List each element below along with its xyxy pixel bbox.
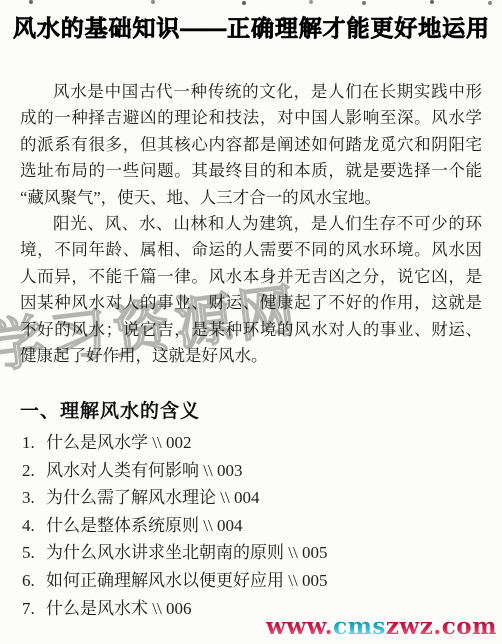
- paragraph-line: 选址布局的一些问题。其最终目的和本质，就是要选择一个能: [20, 158, 482, 184]
- toc-item-text: 为什么风水讲求坐北朝南的原则 \\ 005: [46, 543, 327, 562]
- toc-item-text: 为什么需了解风水理论 \\ 004: [46, 488, 259, 507]
- paragraph-line: 健康起了好作用，这就是好风水。: [20, 343, 482, 369]
- section-heading: 一、理解风水的含义: [20, 396, 200, 423]
- paragraph-line: 风水是中国古代一种传统的文化，是人们在长期实践中形: [20, 79, 482, 105]
- toc-item: 5.为什么风水讲求坐北朝南的原则 \\ 005: [22, 539, 327, 567]
- toc-item-text: 什么是整体系统原则 \\ 004: [46, 516, 242, 535]
- toc-item-number: 4.: [22, 512, 46, 540]
- paragraph-line: 阳光、风、水、山林和人为建筑，是人们生存不可少的环: [20, 211, 482, 237]
- paragraph-line: 因某种风水对人的事业、财运、健康起了不好的作用，这就是: [20, 290, 482, 316]
- footer-url: www.cmszwz.com: [266, 613, 497, 640]
- toc-item: 4.什么是整体系统原则 \\ 004: [22, 512, 327, 540]
- page-title: 风水的基础知识——正确理解才能更好地运用: [13, 11, 489, 45]
- body-paragraphs: 风水是中国古代一种传统的文化，是人们在长期实践中形成的一种择吉避凶的理论和技法，…: [20, 79, 482, 369]
- toc-item-text: 风水对人类有何影响 \\ 003: [46, 461, 242, 480]
- toc-item-number: 1.: [22, 429, 46, 457]
- paragraph-line: 的派系有很多，但其核心内容都是阐述如何踏龙觅穴和阴阳宅: [20, 132, 482, 158]
- toc-item-number: 2.: [22, 457, 46, 485]
- toc-item-number: 5.: [22, 539, 46, 567]
- footer-url-part-www: www.: [266, 613, 333, 640]
- paragraph-line: 不好的风水；说它吉，是某种环境的风水对人的事业、财运、: [20, 317, 482, 343]
- toc-item: 6.如何正确理解风水以便更好应用 \\ 005: [22, 567, 327, 595]
- paragraph-line: 成的一种择吉避凶的理论和技法，对中国人影响至深。风水学: [20, 105, 482, 131]
- toc-list: 1.什么是风水学 \\ 0022.风水对人类有何影响 \\ 0033.为什么需了…: [22, 429, 327, 622]
- toc-item-text: 什么是风水学 \\ 002: [46, 433, 191, 452]
- toc-item-number: 3.: [22, 484, 46, 512]
- scan-artifacts: [0, 1, 2, 3]
- footer-url-part-cms: cms: [333, 613, 386, 640]
- paragraph-line: 境，不同年龄、属相、命运的人需要不同的风水环境。风水因: [20, 237, 482, 263]
- toc-item-number: 6.: [22, 567, 46, 595]
- book-page: 风水的基础知识——正确理解才能更好地运用 学习资源网 风水是中国古代一种传统的文…: [0, 0, 502, 644]
- paragraph-line: “藏风聚气”，使天、地、人三才合一的风水宝地。: [20, 185, 482, 211]
- toc-item-number: 7.: [22, 595, 46, 623]
- toc-item-text: 如何正确理解风水以便更好应用 \\ 005: [46, 571, 327, 590]
- toc-item: 3.为什么需了解风水理论 \\ 004: [22, 484, 327, 512]
- toc-item: 1.什么是风水学 \\ 002: [22, 429, 327, 457]
- paragraph-line: 人而异，不能千篇一律。风水本身并无吉凶之分，说它凶，是: [20, 264, 482, 290]
- footer-url-part-rest: zwz.com: [386, 613, 497, 640]
- toc-item-text: 什么是风水术 \\ 006: [46, 599, 191, 618]
- toc-item: 2.风水对人类有何影响 \\ 003: [22, 457, 327, 485]
